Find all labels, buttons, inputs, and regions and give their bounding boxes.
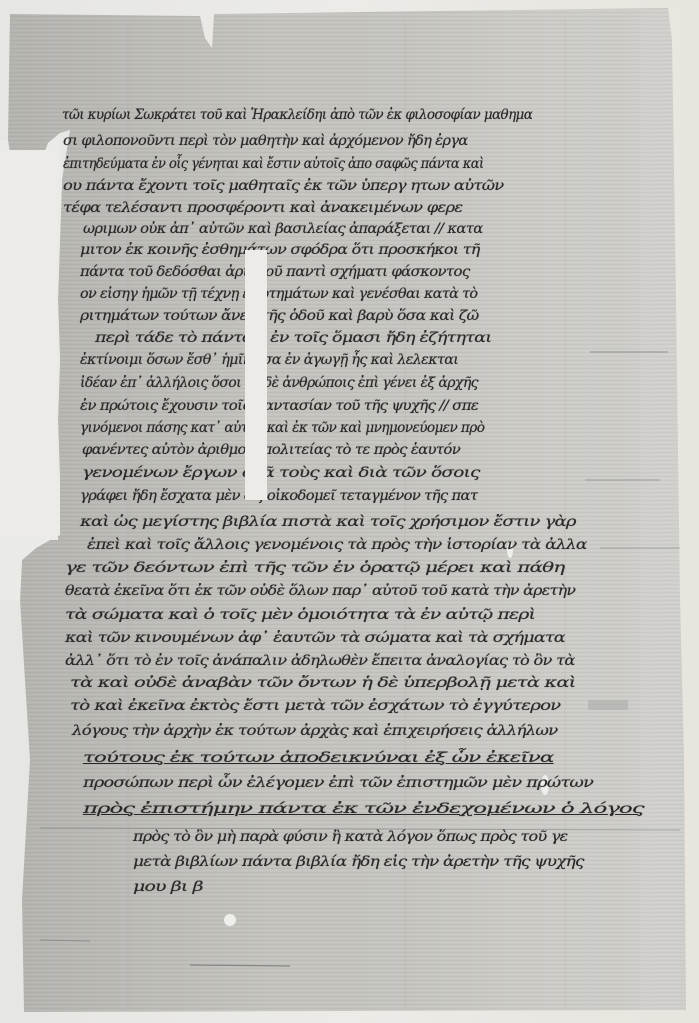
text-line: μετὰ βιβλίων πάντα βιβλία ἤδη εἰς τὴν ἀρ… [133, 854, 584, 870]
text-line: γινόμενοι πάσης κατ᾽ αὐτὸν καὶ ἐκ τῶν κα… [80, 420, 484, 436]
text-line: λόγους τὴν ἀρχὴν ἐκ τούτων ἀρχὰς καὶ ἐπι… [72, 723, 558, 739]
text-line: τὰ καὶ οὐδὲ ἀναβὰν τῶν ὄντων ἡ δὲ ὑπερβο… [70, 675, 575, 691]
column-gap-overlay [245, 250, 267, 500]
text-line: τὸ καὶ ἐκεῖνα ἐκτὸς ἔστι μετὰ τῶν ἐσχάτω… [70, 698, 560, 714]
text-line: προσώπων περὶ ὧν ἐλέγομεν ἐπὶ τῶν ἐπιστη… [83, 775, 593, 791]
manuscript-text: τῶι κυρίωι Σωκράτει τοῦ καὶ Ἡρακλείδηι ἀ… [0, 0, 699, 1023]
text-line: ἐπεὶ καὶ τοῖς ἄλλοις γενομένοις τὰ πρὸς … [87, 537, 587, 553]
text-line: γενομένων ἔργων ὁρᾶ τοὺς καὶ διὰ τῶν ὅσο… [82, 465, 480, 481]
text-line: πρὸς τὸ ὂν μὴ παρὰ φύσιν ἢ κατὰ λόγον ὅπ… [133, 829, 568, 845]
text-line: ἐκτίνοιμι ὅσων ἔσθ᾽ ἡμῖν ὅσα ἐν ἀγωγῇ ἧς… [80, 352, 458, 368]
text-line: καὶ ὡς μεγίστης βιβλία πιστὰ καὶ τοῖς χρ… [80, 514, 576, 530]
text-line: ἰδέαν ἐπ᾽ ἀλλήλοις ὅσοι τὸ δὲ ἀνθρώποις … [80, 375, 478, 391]
text-line: ριτημάτων τούτων ἄνευ τῆς ὁδοῦ καὶ βαρὺ … [80, 308, 479, 324]
left-torn-overlay [0, 150, 58, 540]
text-line: ἐν πρώτοις ἔχουσιν τοῖς φαντασίαν τοῦ τῆ… [80, 398, 478, 414]
text-line: τῶι κυρίωι Σωκράτει τοῦ καὶ Ἡρακλείδηι ἀ… [62, 107, 532, 123]
text-line: πάντα τοῦ δεδόσθαι ἀριθμοῦ παντὶ σχήματι… [80, 264, 470, 280]
text-line: τούτους ἐκ τούτων ἀποδεικνύναι ἐξ ὧν ἐκε… [83, 750, 553, 766]
text-line: ἐπιτηδεύματα ἐν οἷς γένηται καὶ ἔστιν αὐ… [63, 156, 484, 172]
text-line: πρὸς ἐπιστήμην πάντα ἐκ τῶν ἐνδεχομένων … [83, 801, 644, 817]
text-line: ον εἰσηγ ἡμῶν τῇ τέχνῃ ἐρωτημάτων καὶ γε… [80, 286, 477, 302]
text-line: θεατὰ ἐκεῖνα ὅτι ἐκ τῶν οὐδὲ ὅλων παρ᾽ α… [65, 583, 575, 599]
text-line: ωριμων οὐκ ἀπ᾽ αὐτῶν καὶ βασιλείας ἀπαρά… [83, 221, 483, 237]
text-line: σι φιλοπονοῦντι περὶ τὸν μαθητὴν καὶ ἀρχ… [63, 133, 468, 149]
text-line: γράφει ἤδη ἔσχατα μὲν ὡς οἰκοδομεῖ τεταγ… [80, 488, 477, 504]
text-line: καὶ τῶν κινουμένων ἀφ᾽ ἑαυτῶν τὰ σώματα … [65, 630, 565, 646]
text-line: φανέντες αὐτὸν ἀριθμοῖς πολιτείας τὸ τε … [82, 442, 460, 458]
text-line: μου βι β [133, 879, 203, 895]
text-line: περὶ τάδε τὸ πάντων ἐν τοῖς ὅμασι ἤδη ἐζ… [95, 330, 491, 346]
text-line: γε τῶν δεόντων ἐπὶ τῆς τῶν ἐν ὁρατῷ μέρε… [65, 560, 564, 576]
text-line: ου πάντα ἔχοντι τοῖς μαθηταῖς ἐκ τῶν ὑπε… [63, 178, 503, 194]
text-line: μιτον ἐκ κοινῆς ἐσθημάτων σφόδρα ὅτι προ… [80, 242, 480, 258]
text-line: τὰ σώματα καὶ ὁ τοῖς μὲν ὁμοιότητα τὰ ἐν… [65, 607, 535, 623]
text-line: ἀλλ᾽ ὅτι τὸ ἐν τοῖς ἀνάπαλιν ἀδηλωθὲν ἔπ… [65, 653, 575, 669]
text-line: τέφα τελέσαντι προσφέροντι καὶ ἀνακειμέν… [63, 200, 462, 216]
